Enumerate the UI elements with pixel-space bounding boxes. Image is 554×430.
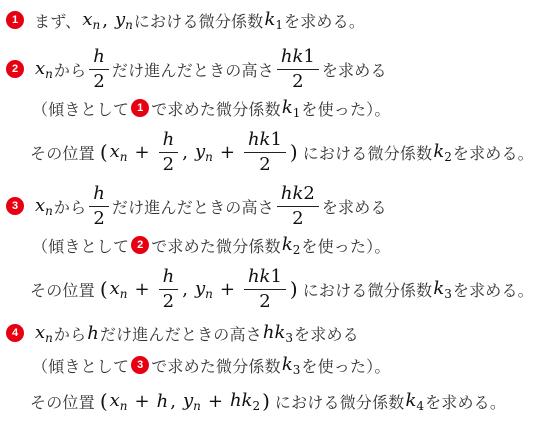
math-sub: 3 <box>285 331 293 345</box>
math-sub: n <box>120 287 128 301</box>
math-xn: xn <box>110 390 128 413</box>
fraction-denominator: 2 <box>89 206 109 230</box>
math-sub: n <box>45 67 53 81</box>
jp-text: （傾きとして <box>32 234 129 257</box>
jp-text: その位置 <box>30 390 95 413</box>
fraction-hk1-2: hk12 <box>244 129 286 175</box>
math-yn: yn <box>115 9 133 32</box>
math-close-paren: ) <box>262 389 270 413</box>
math-open-paren: ( <box>100 277 108 301</box>
math-sub: 1 <box>293 106 301 120</box>
math-xn: xn <box>110 278 128 301</box>
math-sub: 1 <box>270 129 281 150</box>
jp-text: における微分係数 <box>134 9 264 32</box>
math-sub: n <box>120 150 128 164</box>
math-base: k <box>433 278 444 299</box>
math-plus: + <box>135 279 150 300</box>
math-plus: + <box>220 142 235 163</box>
step-line-1: 1 まず、 xn , yn における微分係数 k1 を求める。 <box>0 8 554 32</box>
math-xn: xn <box>110 141 128 164</box>
math-sub: 2 <box>303 183 314 204</box>
math-base: k <box>282 97 293 118</box>
math-yn: yn <box>195 141 213 164</box>
math-base: x <box>35 195 45 216</box>
jp-text: だけ進んだときの高さ <box>112 58 274 81</box>
fraction-h-2: h2 <box>89 46 109 92</box>
math-xn: xn <box>35 322 53 345</box>
jp-text: だけ進んだときの高さ <box>100 322 262 345</box>
step-4-note: （傾きとして 3 で求めた微分係数 k3 を使った）。 <box>0 353 554 377</box>
jp-text: を求める。 <box>425 390 506 413</box>
step-2-note: （傾きとして 1 で求めた微分係数 k1 を使った）。 <box>0 96 554 120</box>
fraction-hk1-2: hk12 <box>277 46 319 92</box>
math-sub: n <box>125 18 133 32</box>
math-k3: k3 <box>282 354 301 377</box>
jp-text: その位置 <box>30 278 95 301</box>
step-line-3: 3 xn から h2 だけ進んだときの高さ hk22 を求める <box>0 179 554 233</box>
fraction-denominator: 2 <box>277 69 319 93</box>
math-plus: + <box>220 279 235 300</box>
math-plus: + <box>135 142 150 163</box>
math-sub: n <box>205 150 213 164</box>
math-hk3: hk3 <box>263 322 293 345</box>
math-sub: n <box>45 331 53 345</box>
step-1-ref-badge: 1 <box>131 99 149 117</box>
math-hk2: hk2 <box>230 390 260 413</box>
math-sub: 1 <box>270 266 281 287</box>
math-yn: yn <box>195 278 213 301</box>
step-4-position: その位置 ( xn + h , yn + hk2 ) における微分係数 k4 を… <box>0 389 554 413</box>
fraction-hk1-2: hk12 <box>244 266 286 312</box>
math-base: x <box>110 141 120 162</box>
step-3-note: （傾きとして 2 で求めた微分係数 k2 を使った）。 <box>0 233 554 257</box>
jp-text: （傾きとして <box>32 97 129 120</box>
step-3-ref-badge: 3 <box>131 356 149 374</box>
fraction-numerator: h <box>159 266 179 289</box>
jp-text: で求めた微分係数 <box>151 234 281 257</box>
step-1-badge: 1 <box>6 11 24 29</box>
math-sub: 3 <box>444 287 452 301</box>
math-k1: k1 <box>282 97 301 120</box>
math-comma: , <box>102 10 108 31</box>
fraction-numerator: hk1 <box>244 129 286 152</box>
math-base: x <box>35 58 45 79</box>
math-comma: , <box>170 391 176 412</box>
step-3-position: その位置 ( xn + h2 , yn + hk12 ) における微分係数 k3… <box>0 262 554 316</box>
math-sub: n <box>205 287 213 301</box>
fraction-denominator: 2 <box>89 69 109 93</box>
math-xn: xn <box>35 58 53 81</box>
fraction-denominator: 2 <box>159 152 179 176</box>
math-comma: , <box>182 142 188 163</box>
math-sub: 1 <box>303 46 314 67</box>
jp-text: その位置 <box>30 141 95 164</box>
fraction-h-2: h2 <box>89 183 109 229</box>
fraction-numerator: h <box>89 46 109 69</box>
step-2-ref-badge: 2 <box>131 236 149 254</box>
jp-text: を求める。 <box>284 9 365 32</box>
fraction-numerator: h <box>89 183 109 206</box>
math-h: h <box>157 391 169 412</box>
math-plus: + <box>208 391 223 412</box>
math-base: k <box>433 141 444 162</box>
math-base: y <box>195 141 205 162</box>
fraction-h-2: h2 <box>159 129 179 175</box>
math-base: k <box>282 234 293 255</box>
math-base: x <box>35 322 45 343</box>
math-xn: xn <box>35 195 53 218</box>
jp-text: だけ進んだときの高さ <box>112 195 274 218</box>
math-base: hk <box>230 390 253 411</box>
jp-text: を求める <box>322 58 387 81</box>
math-base: k <box>406 390 417 411</box>
math-xn: xn <box>82 9 100 32</box>
math-comma: , <box>182 279 188 300</box>
jp-text: で求めた微分係数 <box>151 97 281 120</box>
fraction-denominator: 2 <box>159 289 179 313</box>
math-sub: 2 <box>293 243 301 257</box>
math-base: y <box>115 9 125 30</box>
math-sub: 4 <box>416 399 424 413</box>
step-4-badge: 4 <box>6 324 24 342</box>
jp-text: を求める。 <box>453 278 534 301</box>
math-base: hk <box>281 46 304 67</box>
jp-text: を使った）。 <box>301 234 390 257</box>
math-sub: 2 <box>252 399 260 413</box>
fraction-numerator: hk1 <box>244 266 286 289</box>
fraction-numerator: h <box>159 129 179 152</box>
math-base: hk <box>263 322 286 343</box>
jp-text: を求める <box>294 322 359 345</box>
step-2-position: その位置 ( xn + h2 , yn + hk12 ) における微分係数 k2… <box>0 125 554 179</box>
math-close-paren: ) <box>290 140 298 164</box>
math-base: y <box>195 278 205 299</box>
jp-text: で求めた微分係数 <box>151 354 281 377</box>
jp-text: における微分係数 <box>275 390 405 413</box>
math-close-paren: ) <box>290 277 298 301</box>
math-sub: n <box>45 204 53 218</box>
jp-text: から <box>54 322 86 345</box>
math-k4: k4 <box>406 390 425 413</box>
fraction-numerator: hk2 <box>277 183 319 206</box>
fraction-denominator: 2 <box>244 152 286 176</box>
math-sub: 1 <box>275 18 283 32</box>
math-h: h <box>87 323 99 344</box>
math-base: k <box>282 354 293 375</box>
math-k3: k3 <box>433 278 452 301</box>
math-sub: n <box>120 399 128 413</box>
math-k2: k2 <box>282 234 301 257</box>
jp-text: を求める。 <box>453 141 534 164</box>
jp-text: （傾きとして <box>32 354 129 377</box>
math-open-paren: ( <box>100 389 108 413</box>
fraction-hk2-2: hk22 <box>277 183 319 229</box>
jp-text: を使った）。 <box>301 97 390 120</box>
math-sub: n <box>92 18 100 32</box>
math-open-paren: ( <box>100 140 108 164</box>
math-base: hk <box>248 266 271 287</box>
math-base: y <box>183 390 193 411</box>
math-sub: n <box>193 399 201 413</box>
fraction-numerator: hk1 <box>277 46 319 69</box>
math-sub: 2 <box>444 150 452 164</box>
fraction-denominator: 2 <box>244 289 286 313</box>
step-line-4: 4 xn から h だけ進んだときの高さ hk3 を求める <box>0 321 554 345</box>
math-base: x <box>110 390 120 411</box>
step-2-badge: 2 <box>6 60 24 78</box>
math-base: hk <box>281 183 304 204</box>
math-k2: k2 <box>433 141 452 164</box>
math-sub: 3 <box>293 363 301 377</box>
math-base: x <box>82 9 92 30</box>
math-plus: + <box>135 391 150 412</box>
jp-text: における微分係数 <box>303 278 433 301</box>
math-base: k <box>264 9 275 30</box>
math-k1: k1 <box>264 9 283 32</box>
jp-text: を求める <box>322 195 387 218</box>
step-line-2: 2 xn から h2 だけ進んだときの高さ hk12 を求める <box>0 42 554 96</box>
jp-text: から <box>54 58 86 81</box>
fraction-h-2: h2 <box>159 266 179 312</box>
jp-text: を使った）。 <box>301 354 390 377</box>
jp-text: まず、 <box>34 9 81 32</box>
math-base: x <box>110 278 120 299</box>
jp-text: における微分係数 <box>303 141 433 164</box>
jp-text: から <box>54 195 86 218</box>
math-base: hk <box>248 129 271 150</box>
step-3-badge: 3 <box>6 197 24 215</box>
math-yn: yn <box>183 390 201 413</box>
fraction-denominator: 2 <box>277 206 319 230</box>
